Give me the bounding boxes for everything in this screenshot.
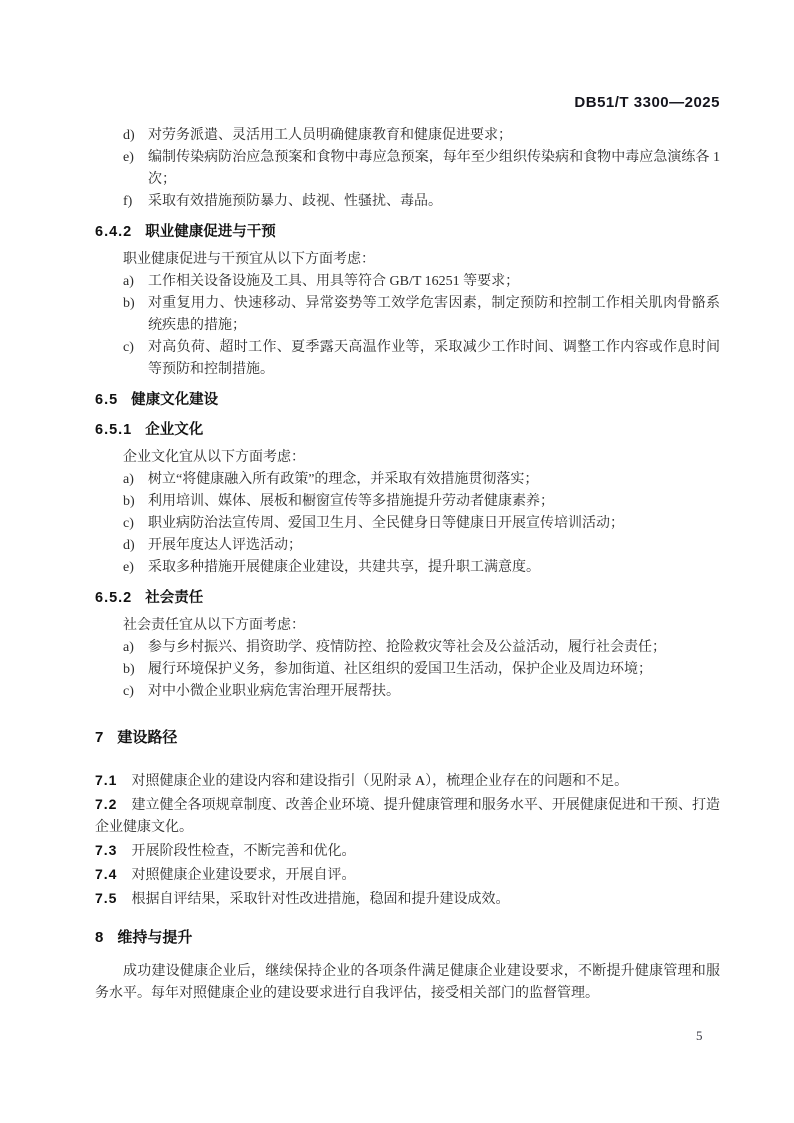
list-item-text: 履行环境保护义务，参加街道、社区组织的爱国卫生活动，保护企业及周边环境； [148,662,652,677]
list-marker: d) [123,535,135,557]
list-item-text: 编制传染病防治应急预案和食物中毒应急预案，每年至少组织传染病和食物中毒应急演练各… [148,150,720,187]
list-marker: b) [123,659,135,681]
list-item-text: 工作相关设备设施及工具、用具等符合 GB/T 16251 等要求； [148,274,519,289]
clause-text: 对照健康企业建设要求，开展自评。 [131,868,355,883]
section-heading-6-5-2: 6.5.2社会责任 [95,587,720,609]
list-item-text: 对重复用力、快速移动、异常姿势等工效学危害因素，制定预防和控制工作相关肌肉骨骼系… [148,296,720,333]
lettered-list-6-5-2: a) 参与乡村振兴、捐资助学、疫情防控、抢险救灾等社会及公益活动，履行社会责任；… [95,637,720,703]
list-marker: c) [123,513,134,535]
list-marker: a) [123,469,134,491]
list-item-text: 树立“将健康融入所有政策”的理念，并采取有效措施贯彻落实； [148,472,538,487]
list-marker: d) [123,125,135,147]
section-heading-6-5-1: 6.5.1企业文化 [95,419,720,441]
clause-7-5: 7.5根据自评结果，采取针对性改进措施，稳固和提升建设成效。 [95,887,720,911]
section-title: 企业文化 [145,422,203,438]
list-marker: a) [123,271,134,293]
clause-7-3: 7.3开展阶段性检查，不断完善和优化。 [95,839,720,863]
clause-number: 7.1 [95,772,117,788]
list-item-text: 利用培训、媒体、展板和橱窗宣传等多措施提升劳动者健康素养； [148,494,554,509]
list-item-text: 对劳务派遣、灵活用工人员明确健康教育和健康促进要求； [148,128,512,143]
list-marker: a) [123,637,134,659]
list-marker: f) [123,191,132,213]
chapter-number: 7 [95,727,104,749]
list-item: a) 参与乡村振兴、捐资助学、疫情防控、抢险救灾等社会及公益活动，履行社会责任； [95,637,720,659]
lettered-list-6-4-2: a) 工作相关设备设施及工具、用具等符合 GB/T 16251 等要求； b) … [95,271,720,381]
list-item-text: 参与乡村振兴、捐资助学、疫情防控、抢险救灾等社会及公益活动，履行社会责任； [148,640,666,655]
list-item: c) 职业病防治法宣传周、爱国卫生月、全民健身日等健康日开展宣传培训活动； [95,513,720,535]
page-number: 5 [696,1028,703,1044]
clause-text: 根据自评结果，采取针对性改进措施，稳固和提升建设成效。 [131,892,509,907]
chapter-heading-8: 8维持与提升 [95,927,720,949]
list-item-text: 职业病防治法宣传周、爱国卫生月、全民健身日等健康日开展宣传培训活动； [148,516,624,531]
chapter-title: 建设路径 [117,729,177,746]
chapter-8-paragraph: 成功建设健康企业后，继续保持企业的各项条件满足健康企业建设要求，不断提升健康管理… [95,961,720,1005]
clause-number: 7.3 [95,842,117,858]
section-number: 6.5.1 [95,419,132,441]
clause-text: 建立健全各项规章制度、改善企业环境、提升健康管理和服务水平、开展健康促进和干预、… [95,798,720,835]
section-heading-6-5: 6.5健康文化建设 [95,389,720,411]
section-intro: 企业文化宜从以下方面考虑： [95,447,720,469]
clause-7-2: 7.2建立健全各项规章制度、改善企业环境、提升健康管理和服务水平、开展健康促进和… [95,793,720,839]
list-item: e) 采取多种措施开展健康企业建设，共建共享，提升职工满意度。 [95,557,720,579]
section-number: 6.5 [95,389,118,411]
section-title: 职业健康促进与干预 [145,224,276,240]
list-item: d) 开展年度达人评选活动； [95,535,720,557]
list-item: c) 对高负荷、超时工作、夏季露天高温作业等，采取减少工作时间、调整工作内容或作… [95,337,720,381]
clause-text: 对照健康企业的建设内容和建设指引（见附录 A），梳理企业存在的问题和不足。 [131,774,628,789]
clause-text: 开展阶段性检查，不断完善和优化。 [131,844,355,859]
list-marker: e) [123,147,134,169]
section-intro: 职业健康促进与干预宜从以下方面考虑： [95,249,720,271]
list-item: f) 采取有效措施预防暴力、歧视、性骚扰、毒品。 [95,191,720,213]
section-intro: 社会责任宜从以下方面考虑： [95,615,720,637]
list-item-text: 对高负荷、超时工作、夏季露天高温作业等，采取减少工作时间、调整工作内容或作息时间… [148,340,720,377]
list-marker: e) [123,557,134,579]
list-item: a) 工作相关设备设施及工具、用具等符合 GB/T 16251 等要求； [95,271,720,293]
list-marker: c) [123,337,134,359]
list-item: b) 利用培训、媒体、展板和橱窗宣传等多措施提升劳动者健康素养； [95,491,720,513]
list-item: b) 履行环境保护义务，参加街道、社区组织的爱国卫生活动，保护企业及周边环境； [95,659,720,681]
list-item-text: 采取有效措施预防暴力、歧视、性骚扰、毒品。 [148,194,442,209]
list-item-text: 采取多种措施开展健康企业建设，共建共享，提升职工满意度。 [148,560,540,575]
chapter-number: 8 [95,927,104,949]
section-title: 社会责任 [145,590,203,606]
section-number: 6.5.2 [95,587,132,609]
clause-number: 7.2 [95,796,117,812]
clause-number: 7.4 [95,866,117,882]
lettered-list-6-5-1: a) 树立“将健康融入所有政策”的理念，并采取有效措施贯彻落实； b) 利用培训… [95,469,720,579]
list-item: a) 树立“将健康融入所有政策”的理念，并采取有效措施贯彻落实； [95,469,720,491]
chapter-title: 维持与提升 [117,929,192,946]
list-marker: c) [123,681,134,703]
list-item: b) 对重复用力、快速移动、异常姿势等工效学危害因素，制定预防和控制工作相关肌肉… [95,293,720,337]
list-item-text: 开展年度达人评选活动； [148,538,302,553]
clause-7-4: 7.4对照健康企业建设要求，开展自评。 [95,863,720,887]
list-item: e) 编制传染病防治应急预案和食物中毒应急预案，每年至少组织传染病和食物中毒应急… [95,147,720,191]
list-marker: b) [123,293,135,315]
clause-7-1: 7.1对照健康企业的建设内容和建设指引（见附录 A），梳理企业存在的问题和不足。 [95,769,720,793]
carryover-lettered-list: d) 对劳务派遣、灵活用工人员明确健康教育和健康促进要求； e) 编制传染病防治… [95,125,720,213]
standard-code-running-head: DB51/T 3300—2025 [95,94,720,112]
list-item: c) 对中小微企业职业病危害治理开展帮扶。 [95,681,720,703]
list-item-text: 对中小微企业职业病危害治理开展帮扶。 [148,684,400,699]
section-number: 6.4.2 [95,221,132,243]
list-item: d) 对劳务派遣、灵活用工人员明确健康教育和健康促进要求； [95,125,720,147]
clause-number: 7.5 [95,890,117,906]
document-page: DB51/T 3300—2025 d) 对劳务派遣、灵活用工人员明确健康教育和健… [0,0,794,1123]
section-title: 健康文化建设 [131,392,218,408]
chapter-heading-7: 7建设路径 [95,727,720,749]
section-heading-6-4-2: 6.4.2职业健康促进与干预 [95,221,720,243]
list-marker: b) [123,491,135,513]
document-body: d) 对劳务派遣、灵活用工人员明确健康教育和健康促进要求； e) 编制传染病防治… [95,125,720,1005]
